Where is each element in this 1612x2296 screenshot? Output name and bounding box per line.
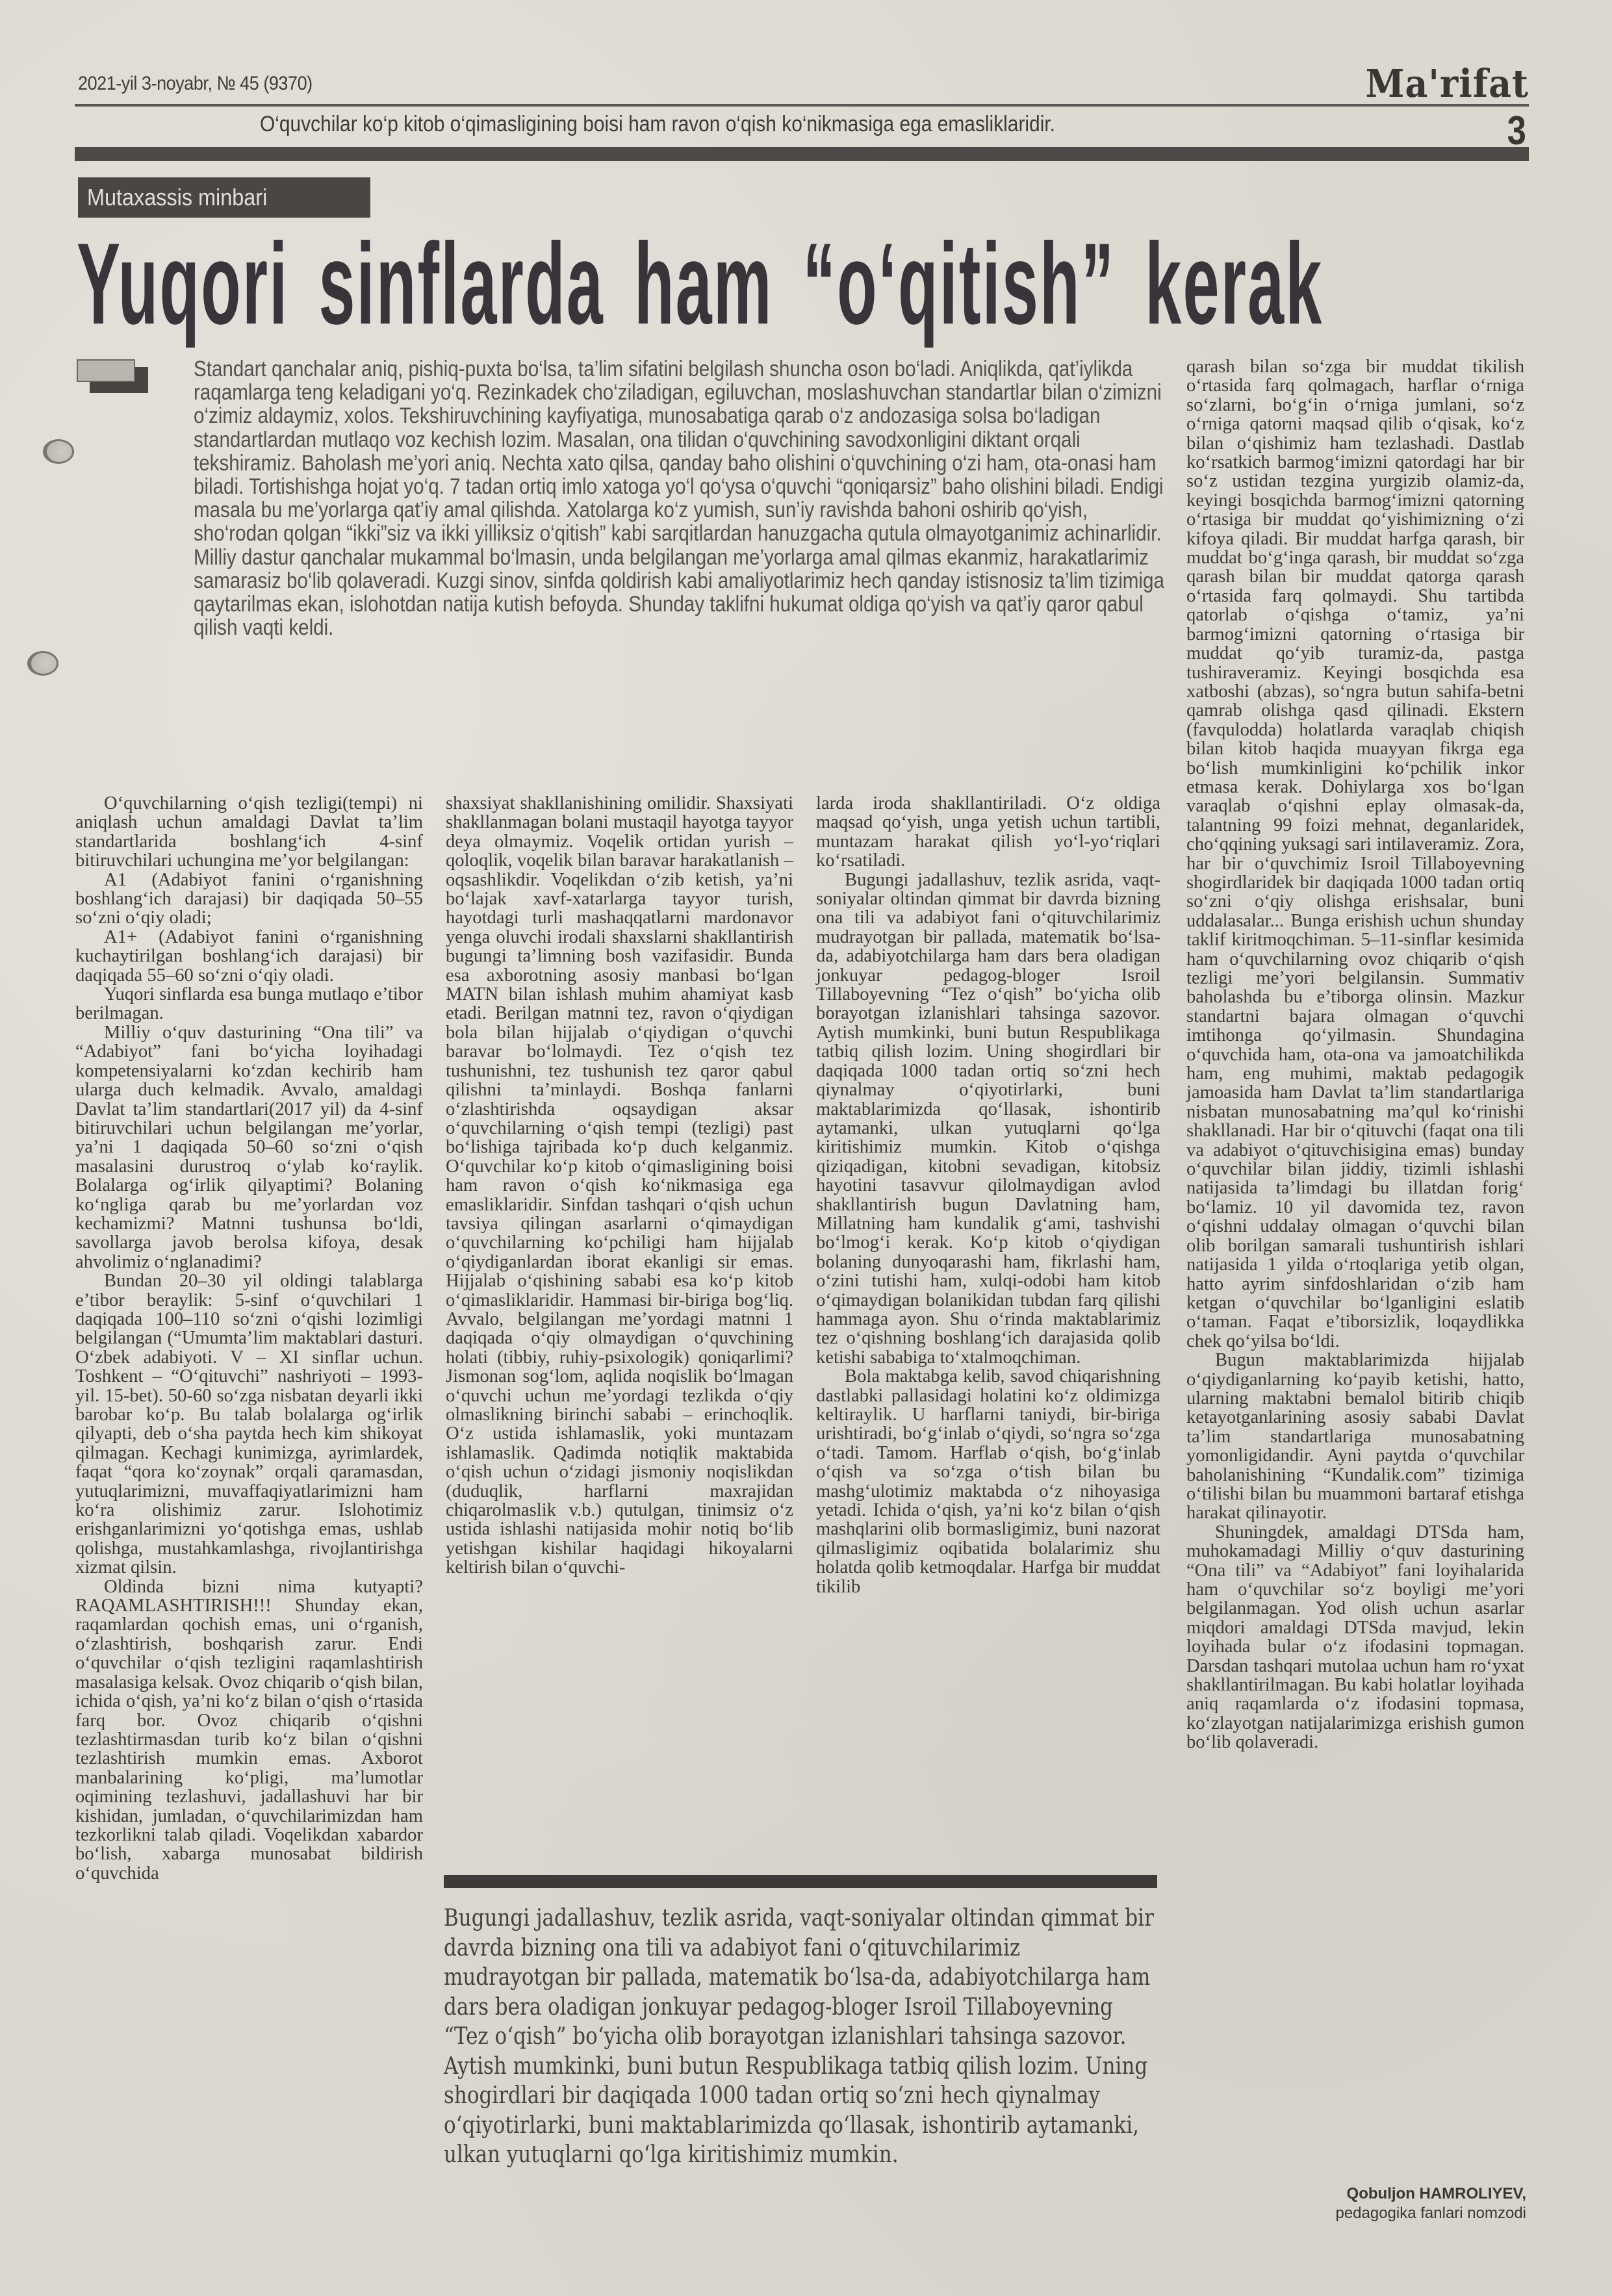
paragraph: Yuqori sinflarda esa bunga mutlaqo e’tib…: [75, 985, 423, 1023]
paragraph: qarash bilan so‘zga bir muddat tikilish …: [1186, 357, 1524, 1351]
article-column-3: larda iroda shakllantiriladi. O‘z oldiga…: [816, 794, 1160, 1596]
author-name: Qobuljon HAMROLIYEV,: [1335, 2184, 1526, 2204]
punch-hole-icon: [43, 439, 74, 464]
article-column-1: O‘quvchilarning o‘qish tezligi(tempi) ni…: [75, 794, 423, 1883]
paragraph: A1 (Adabiyot fanini o‘rganishning boshla…: [75, 871, 423, 928]
section-rubric: Mutaxassis minbari: [78, 177, 370, 218]
pull-quote-rule: [444, 1875, 1157, 1888]
paragraph: larda iroda shakllantiriladi. O‘z oldiga…: [816, 794, 1160, 871]
pull-quote: Bugungi jadallashuv, tezlik asrida, vaqt…: [444, 1904, 1158, 2170]
article-headline: Yuqori sinflarda ham “o‘qitish” kerak: [77, 229, 1324, 339]
paragraph: Oldinda bizni nima kutyapti? RAQAMLASHTI…: [75, 1577, 423, 1883]
punch-hole-icon: [27, 651, 58, 676]
paragraph: Bola maktabga kelib, savod chiqarishning…: [816, 1367, 1160, 1596]
paragraph: Bundan 20–30 yil oldingi talablarga e’ti…: [75, 1271, 423, 1577]
paragraph: A1+ (Adabiyot fanini o‘rganishning kucha…: [75, 928, 423, 985]
author-title: pedagogika fanlari nomzodi: [1335, 2204, 1526, 2223]
author-signature: Qobuljon HAMROLIYEV, pedagogika fanlari …: [1335, 2184, 1526, 2223]
section-rubric-label: Mutaxassis minbari: [87, 177, 267, 218]
paragraph: Shuningdek, amaldagi DTSda ham, muhokama…: [1186, 1523, 1524, 1752]
pull-quote-text: Bugungi jadallashuv, tezlik asrida, vaqt…: [444, 1904, 1157, 2170]
paragraph: Bugun maktablarimizda hijjalab o‘qiydiga…: [1186, 1351, 1524, 1523]
header-quote: O‘quvchilar ko‘p kitob o‘qimasligining b…: [260, 112, 1055, 137]
newspaper-masthead: Ma'rifat: [1366, 60, 1529, 106]
header-divider: [75, 104, 1529, 107]
article-lead: Standart qanchalar aniq, pishiq-puxta bo…: [194, 357, 1175, 639]
lead-text: Standart qanchalar aniq, pishiq-puxta bo…: [194, 357, 1175, 639]
lead-marker-icon: [77, 359, 135, 382]
paragraph: O‘quvchilarning o‘qish tezligi(tempi) ni…: [75, 794, 423, 871]
header-thick-rule: [75, 147, 1529, 161]
paragraph: shaxsiyat shakllanishining omilidir. Sha…: [446, 794, 793, 1577]
article-column-2: shaxsiyat shakllanishining omilidir. Sha…: [446, 794, 793, 1577]
issue-date-line: 2021-yil 3-noyabr, № 45 (9370): [78, 73, 313, 95]
article-column-4: qarash bilan so‘zga bir muddat tikilish …: [1186, 357, 1524, 1752]
paragraph: Milliy o‘quv dasturining “Ona tili” va “…: [75, 1023, 423, 1271]
paragraph: Bugungi jadallashuv, tezlik asrida, vaqt…: [816, 871, 1160, 1368]
